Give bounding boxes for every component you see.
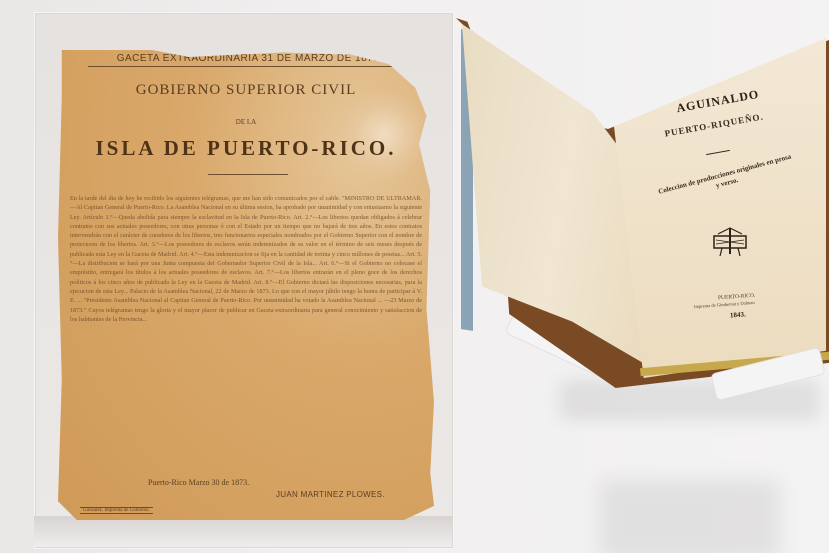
gazette-title-line3: ISLA DE PUERTO-RICO.: [58, 136, 434, 161]
gazette-signature: JUAN MARTINEZ PLOWES.: [276, 490, 385, 499]
stand-shadow: [560, 380, 820, 420]
floor-shadow: [600, 480, 780, 553]
book-year: 1843.: [730, 310, 746, 319]
gazette-rule: [208, 174, 288, 175]
gazette-printer: Gonzalez. Imprenta de Gobierno.: [80, 507, 153, 514]
gazette-document: GACETA EXTRAORDINARIA 31 DE MARZO DE 187…: [58, 50, 434, 520]
water-stain: [344, 90, 424, 180]
book-title-page: [614, 38, 826, 378]
gazette-body: En la tarde del dia de hoy he recibido l…: [70, 194, 422, 456]
gazette-title-line2: DE LA: [58, 118, 434, 126]
printer-ornament-icon: [710, 224, 750, 258]
gazette-title-line1: GOBIERNO SUPERIOR CIVIL: [58, 82, 434, 99]
sleeve-bottom-edge: [34, 516, 452, 547]
gazette-date-line: Puerto-Rico Marzo 30 de 1873.: [148, 478, 249, 487]
